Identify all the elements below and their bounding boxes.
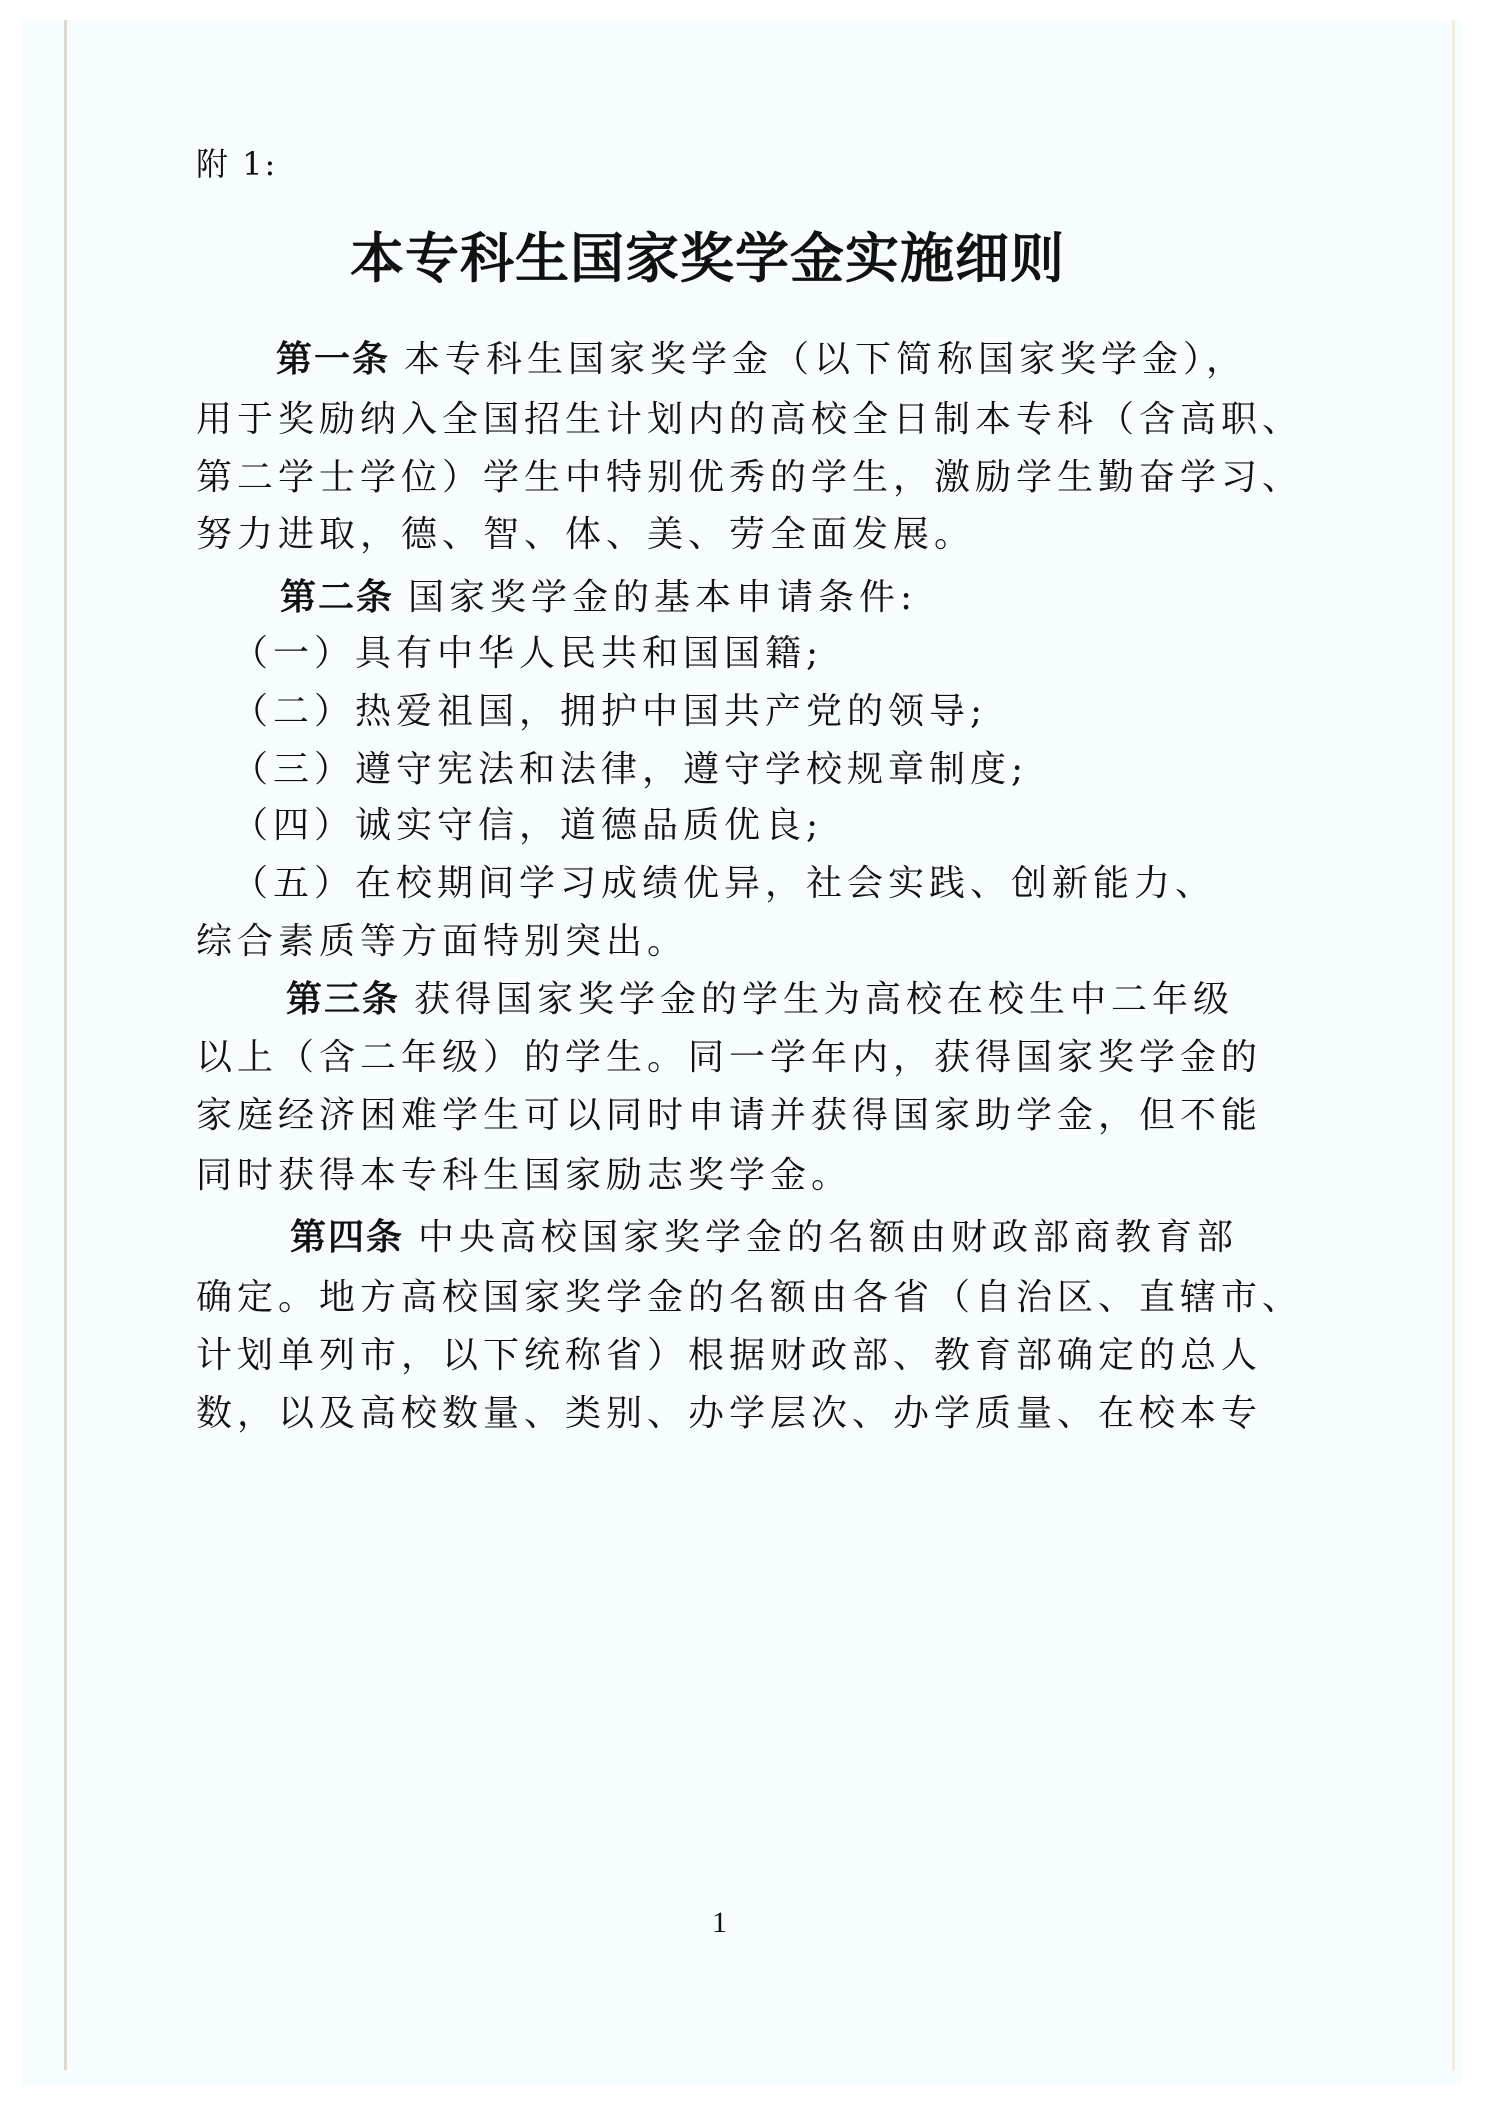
article-4-line-2: 确定。地方高校国家奖学金的名额由各省（自治区、直辖市、 <box>196 1276 1303 1320</box>
scan-edge-right <box>1452 20 1455 2070</box>
article-1-label: 第一条 <box>276 339 390 380</box>
article-2-text: 国家奖学金的基本申请条件: <box>408 577 917 618</box>
article-2-line-1: 第二条国家奖学金的基本申请条件: <box>280 576 917 620</box>
article-2-item-2: （二）热爱祖国，拥护中国共产党的领导; <box>232 690 987 734</box>
article-2-item-5-cont: 综合素质等方面特别突出。 <box>196 920 688 964</box>
article-4-text: 中央高校国家奖学金的名额由财政部商教育部 <box>418 1217 1238 1258</box>
article-3-label: 第三条 <box>286 979 400 1020</box>
article-4-line-3: 计划单列市，以下统称省）根据财政部、教育部确定的总人 <box>196 1334 1262 1378</box>
article-3-line-1: 第三条获得国家奖学金的学生为高校在校生中二年级 <box>286 978 1234 1022</box>
article-1-line-2: 用于奖励纳入全国招生计划内的高校全日制本专科（含高职、 <box>196 398 1303 442</box>
scan-edge-left <box>64 20 67 2070</box>
page-number: 1 <box>712 1906 727 1940</box>
article-4-line-1: 第四条中央高校国家奖学金的名额由财政部商教育部 <box>290 1216 1238 1260</box>
article-2-item-4: （四）诚实守信，道德品质优良; <box>232 804 823 848</box>
article-2-item-3: （三）遵守宪法和法律，遵守学校规章制度; <box>232 748 1028 792</box>
article-1-line-3: 第二学士学位）学生中特别优秀的学生，激励学生勤奋学习、 <box>196 456 1303 500</box>
document-title: 本专科生国家奖学金实施细则 <box>350 228 1065 290</box>
article-1-line-1: 第一条本专科生国家奖学金（以下简称国家奖学金）， <box>276 338 1247 382</box>
article-1-line-4: 努力进取，德、智、体、美、劳全面发展。 <box>196 513 975 557</box>
article-3-line-4: 同时获得本专科生国家励志奖学金。 <box>196 1154 852 1198</box>
attachment-label: 附 1: <box>196 142 277 186</box>
article-1-text: 本专科生国家奖学金（以下简称国家奖学金）， <box>404 339 1247 380</box>
article-3-text: 获得国家奖学金的学生为高校在校生中二年级 <box>414 979 1234 1020</box>
article-2-item-5: （五）在校期间学习成绩优异，社会实践、创新能力、 <box>232 862 1216 906</box>
article-2-label: 第二条 <box>280 577 394 618</box>
article-3-line-3: 家庭经济困难学生可以同时申请并获得国家助学金，但不能 <box>196 1094 1262 1138</box>
article-4-label: 第四条 <box>290 1217 404 1258</box>
article-4-line-4: 数，以及高校数量、类别、办学层次、办学质量、在校本专 <box>196 1392 1262 1436</box>
article-3-line-2: 以上（含二年级）的学生。同一学年内，获得国家奖学金的 <box>196 1036 1262 1080</box>
article-2-item-1: （一）具有中华人民共和国国籍; <box>232 632 823 676</box>
